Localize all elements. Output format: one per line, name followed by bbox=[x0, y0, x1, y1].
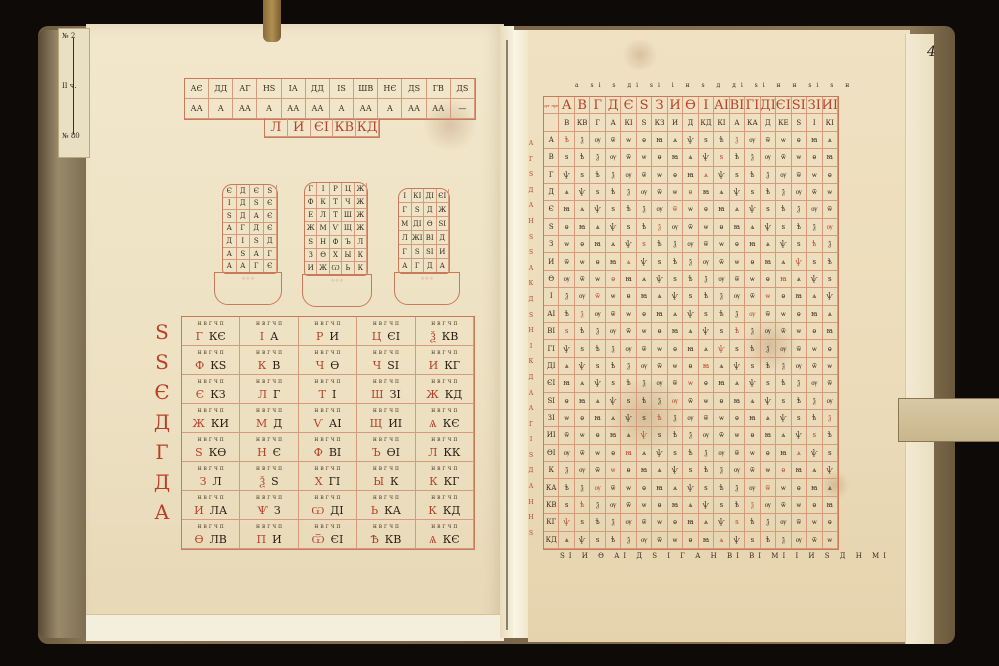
side-letter: А bbox=[150, 502, 174, 522]
lunar-cell: ѧ bbox=[807, 288, 822, 305]
hand-cell: Ѳ bbox=[424, 217, 437, 231]
cell-notes: н в г ч п bbox=[373, 494, 399, 501]
lunar-cell: ѿ bbox=[823, 375, 838, 392]
lunar-cell: ѯ bbox=[606, 340, 621, 357]
hand-cell: Р bbox=[330, 183, 342, 196]
lunar-cell: ѣ bbox=[559, 306, 574, 323]
row-label-cell: Д bbox=[544, 184, 559, 201]
top-table-cell: ШВ bbox=[354, 79, 378, 99]
hand-cell: Т bbox=[330, 196, 342, 209]
lunar-cell: ѱ bbox=[807, 271, 822, 288]
lunar-cell: ѹ bbox=[761, 149, 776, 166]
lunar-cell: ѳ bbox=[621, 462, 636, 479]
lunar-cell: ѣ bbox=[606, 184, 621, 201]
lunar-cell: ѧ bbox=[637, 271, 652, 288]
lunar-cell: ѳ bbox=[652, 497, 667, 514]
hand-cell: Д bbox=[424, 259, 437, 273]
top-table-cell: ДЅ bbox=[402, 79, 426, 99]
lunar-cell: ѡ bbox=[699, 219, 714, 236]
left-page-bottom-margin bbox=[86, 614, 504, 641]
lunar-cell: ѯ bbox=[792, 375, 807, 392]
lunar-cell: ѡ bbox=[621, 132, 636, 149]
lunar-cell: ѳ bbox=[637, 306, 652, 323]
cell-notes: н в г ч п bbox=[373, 378, 399, 385]
lunar-cell: ѳ bbox=[730, 410, 745, 427]
paschal-key-cell: н в г ч пФВІ bbox=[299, 433, 357, 462]
paschal-key-cell: н в г ч пЫК bbox=[357, 462, 415, 491]
lunar-cell: ѡ bbox=[807, 340, 822, 357]
lunar-cell: ѳ bbox=[792, 132, 807, 149]
lunar-cell: ѧ bbox=[714, 358, 729, 375]
top-table-cell: А bbox=[378, 99, 402, 119]
lunar-cell: ѣ bbox=[590, 167, 605, 184]
header-cell: Д bbox=[606, 97, 621, 114]
lunar-cell: ѿ bbox=[792, 167, 807, 184]
paschal-key-cell: н в г ч пКВ bbox=[240, 346, 298, 375]
row-label-cell: КГ bbox=[544, 514, 559, 531]
cell-key: ІА bbox=[260, 330, 279, 343]
hand-cell: ЖІ bbox=[412, 231, 425, 245]
cell-notes: н в г ч п bbox=[198, 465, 224, 472]
lunar-cell: ѣ bbox=[652, 410, 667, 427]
lunar-cell: ꙗ bbox=[683, 340, 698, 357]
lunar-cell: ꙗ bbox=[652, 132, 667, 149]
lunar-cell: ѡ bbox=[621, 479, 636, 496]
header-cell: Ѕ bbox=[637, 97, 652, 114]
margin-letter: Ѕ bbox=[524, 530, 538, 546]
cell-notes: н в г ч п bbox=[373, 320, 399, 327]
lunar-cell: ѹ bbox=[590, 132, 605, 149]
lunar-cell: ѣ bbox=[730, 323, 745, 340]
paschal-key-cell: н в г ч пѦКЄ bbox=[416, 520, 474, 549]
lunar-cell: ѧ bbox=[776, 253, 791, 270]
lunar-cell: ѕ bbox=[559, 323, 574, 340]
lunar-cell: ѧ bbox=[575, 201, 590, 218]
lunar-cell: ѹ bbox=[699, 427, 714, 444]
lunar-cell: ѱ bbox=[714, 514, 729, 531]
lunar-cell: ѣ bbox=[590, 340, 605, 357]
lunar-cell: ѣ bbox=[745, 340, 760, 357]
hand-cell: Ѕ bbox=[264, 185, 278, 198]
lunar-cell: ѣ bbox=[730, 149, 745, 166]
lunar-cell: ѱ bbox=[575, 358, 590, 375]
left-hand-diagram: ЄДЄЅІДЅЄЅДАЄАГДЄДІЅДАЅАГААГЄ bbox=[222, 184, 278, 274]
lunar-cell: ѡ bbox=[559, 236, 574, 253]
lunar-cell: ѱ bbox=[606, 219, 621, 236]
lunar-cell: ѱ bbox=[575, 184, 590, 201]
lunar-cell: ѿ bbox=[807, 184, 822, 201]
lunar-cell: ѕ bbox=[559, 149, 574, 166]
top-table-cell: АА bbox=[185, 99, 209, 119]
second-row-cell: КД bbox=[699, 114, 714, 131]
lunar-cell: ѳ bbox=[683, 358, 698, 375]
lunar-cell: ѕ bbox=[730, 167, 745, 184]
lunar-cell: ѱ bbox=[683, 132, 698, 149]
top-table-cell: А bbox=[330, 99, 354, 119]
lunar-cell: ѿ bbox=[730, 271, 745, 288]
hand-cell: Ц bbox=[342, 183, 354, 196]
lunar-cell: ѡ bbox=[559, 410, 574, 427]
lunar-cell: ѕ bbox=[823, 271, 838, 288]
lunar-cell: ꙗ bbox=[730, 219, 745, 236]
hand-cell: Ъ bbox=[342, 236, 354, 249]
lunar-cell: ѳ bbox=[761, 445, 776, 462]
cell-key: ХГІ bbox=[315, 475, 340, 488]
lunar-cell: ѧ bbox=[575, 375, 590, 392]
cell-key: ЫК bbox=[373, 475, 398, 488]
lunar-cell: ѳ bbox=[792, 479, 807, 496]
lunar-cell: ꙗ bbox=[699, 532, 714, 549]
lunar-cell: ꙗ bbox=[637, 462, 652, 479]
lunar-cell: ѳ bbox=[807, 497, 822, 514]
guard-top-label: № 2 bbox=[62, 32, 75, 40]
hand-cell: Ѕ bbox=[305, 236, 317, 249]
lunar-cell: ѹ bbox=[637, 532, 652, 549]
lunar-cell: ѳ bbox=[668, 167, 683, 184]
lunar-cell: ꙗ bbox=[714, 375, 729, 392]
lunar-cell: ѹ bbox=[699, 253, 714, 270]
lunar-cell: ѿ bbox=[637, 167, 652, 184]
cell-key: ѲЛВ bbox=[195, 533, 227, 546]
paschal-key-cell: н в г ч пѾЄІ bbox=[299, 520, 357, 549]
cell-key: ГКЄ bbox=[196, 330, 226, 343]
header-cell: ВІ bbox=[730, 97, 745, 114]
lunar-cell: ѯ bbox=[776, 358, 791, 375]
lunar-cell: ѧ bbox=[683, 323, 698, 340]
margin-letter: К bbox=[524, 280, 538, 296]
lunar-cell: ꙗ bbox=[745, 236, 760, 253]
lunar-cell: ѡ bbox=[776, 132, 791, 149]
lunar-cell: ꙗ bbox=[559, 201, 574, 218]
side-red-letters: ЅЅЄДГДА bbox=[150, 322, 174, 522]
lunar-cell: ѡ bbox=[823, 184, 838, 201]
paschal-key-table: н в г ч пГКЄн в г ч пІАн в г ч пРИн в г … bbox=[181, 316, 475, 550]
cell-notes: н в г ч п bbox=[256, 378, 282, 385]
lunar-cell: ѧ bbox=[683, 497, 698, 514]
lunar-cell: ѕ bbox=[575, 514, 590, 531]
top-table-cell: АА bbox=[282, 99, 306, 119]
lunar-cell: ѹ bbox=[792, 532, 807, 549]
lunar-cell: ѿ bbox=[559, 253, 574, 270]
lunar-cell: ѯ bbox=[621, 532, 636, 549]
lunar-cell: ѡ bbox=[761, 462, 776, 479]
lunar-cell: ѧ bbox=[637, 445, 652, 462]
row-label-cell: Г bbox=[544, 167, 559, 184]
lunar-cell: ѱ bbox=[776, 236, 791, 253]
lunar-cell: ѧ bbox=[776, 427, 791, 444]
row-label-cell: ЄІ bbox=[544, 375, 559, 392]
lunar-cell: ѧ bbox=[745, 219, 760, 236]
cell-notes: н в г ч п bbox=[314, 349, 340, 356]
lunar-cell: ѯ bbox=[776, 532, 791, 549]
hand-cell: КІ bbox=[412, 189, 425, 203]
lunar-cell: ѧ bbox=[714, 532, 729, 549]
lunar-cell: ꙗ bbox=[590, 236, 605, 253]
lunar-cell: ѕ bbox=[668, 445, 683, 462]
lunar-cell: ѣ bbox=[823, 253, 838, 270]
lunar-cell: ѡ bbox=[714, 236, 729, 253]
margin-letter: Ѕ bbox=[524, 171, 538, 187]
paschal-key-cell: н в г ч пЧѲ bbox=[299, 346, 357, 375]
lunar-cell: ѣ bbox=[575, 149, 590, 166]
lunar-cell: ѿ bbox=[730, 445, 745, 462]
cell-notes: н в г ч п bbox=[198, 349, 224, 356]
lunar-cell: ѡ bbox=[745, 445, 760, 462]
lunar-cell: ѕ bbox=[637, 236, 652, 253]
margin-letter: А bbox=[524, 483, 538, 499]
lunar-cell: ѳ bbox=[699, 375, 714, 392]
lunar-cell: ѿ bbox=[668, 201, 683, 218]
top-cycle-subtable: ЛИЄІКВКД bbox=[264, 118, 380, 138]
lunar-cell: ꙗ bbox=[792, 288, 807, 305]
lunar-cell: ѯ bbox=[776, 184, 791, 201]
cell-notes: н в г ч п bbox=[256, 523, 282, 530]
lunar-cell: ꙗ bbox=[652, 479, 667, 496]
margin-letter: Г bbox=[524, 156, 538, 172]
lunar-cell: ѱ bbox=[559, 167, 574, 184]
paschal-key-cell: н в г ч пЖКИ bbox=[182, 404, 240, 433]
row-label-cell: ВІ bbox=[544, 323, 559, 340]
row-label-cell: ДІ bbox=[544, 358, 559, 375]
lunar-cell: ꙗ bbox=[823, 497, 838, 514]
lunar-cell: ѳ bbox=[637, 479, 652, 496]
lunar-cell: ѕ bbox=[575, 340, 590, 357]
lunar-cell: ѳ bbox=[792, 306, 807, 323]
lunar-cell: ѯ bbox=[683, 427, 698, 444]
lunar-cell: ѣ bbox=[823, 427, 838, 444]
lunar-cell: ꙗ bbox=[761, 427, 776, 444]
lunar-cell: ѿ bbox=[606, 132, 621, 149]
cell-notes: н в г ч п bbox=[256, 349, 282, 356]
lunar-cell: ѡ bbox=[606, 288, 621, 305]
left-hand-cuff: ⁘⁘⁘ bbox=[214, 272, 282, 305]
header-cell: ЄІ bbox=[776, 97, 791, 114]
margin-letter: Д bbox=[524, 467, 538, 483]
lunar-cell: ѹ bbox=[823, 219, 838, 236]
lunar-cell: ѧ bbox=[621, 427, 636, 444]
lunar-cell: ѕ bbox=[714, 323, 729, 340]
hand-cell: Ф bbox=[330, 236, 342, 249]
lunar-cell: ѿ bbox=[637, 514, 652, 531]
lunar-cell: ѱ bbox=[699, 323, 714, 340]
lunar-cell: ѡ bbox=[823, 532, 838, 549]
second-row-cell: КВ bbox=[575, 114, 590, 131]
lunar-cell: ѧ bbox=[807, 462, 822, 479]
lunar-cell: ѹ bbox=[745, 306, 760, 323]
lunar-cell: ѿ bbox=[792, 514, 807, 531]
lunar-cell: ѳ bbox=[637, 132, 652, 149]
cell-key: ЖКИ bbox=[192, 417, 228, 430]
lunar-cell: ѧ bbox=[699, 340, 714, 357]
lunar-cell: ѱ bbox=[668, 288, 683, 305]
lunar-cell: ѱ bbox=[637, 427, 652, 444]
hand-cell: Щ bbox=[342, 222, 354, 235]
lunar-cell: ѱ bbox=[575, 532, 590, 549]
lunar-cell: ѱ bbox=[699, 149, 714, 166]
cell-key: ЖКД bbox=[426, 388, 462, 401]
header-cell: ЗІ bbox=[807, 97, 822, 114]
cell-notes: н в г ч п bbox=[314, 494, 340, 501]
lunar-cell: ѱ bbox=[668, 462, 683, 479]
lunar-cell: ѧ bbox=[590, 219, 605, 236]
hand-cell: А bbox=[437, 259, 450, 273]
lunar-cell: ѳ bbox=[575, 236, 590, 253]
lunar-cell: ѡ bbox=[792, 323, 807, 340]
lunar-cell: ѹ bbox=[714, 445, 729, 462]
side-letter: Г bbox=[150, 442, 174, 462]
lunar-cell: ѕ bbox=[714, 149, 729, 166]
top-table-cell: ДЅ bbox=[451, 79, 475, 99]
hand-cell: Г bbox=[264, 248, 278, 261]
header-cell: АІ bbox=[714, 97, 729, 114]
top-table-cell: ІА bbox=[282, 79, 306, 99]
lunar-cell: ѡ bbox=[668, 358, 683, 375]
cell-notes: н в г ч п bbox=[431, 349, 457, 356]
second-row-cell: КІ bbox=[714, 114, 729, 131]
cell-key: МД bbox=[256, 417, 282, 430]
cell-key: РИ bbox=[316, 330, 339, 343]
lunar-cell: ꙗ bbox=[668, 323, 683, 340]
header-cell: Ѳ bbox=[683, 97, 698, 114]
hand-cell: Е bbox=[305, 209, 317, 222]
paschal-key-cell: н в г ч пФКЅ bbox=[182, 346, 240, 375]
lunar-cell: ѡ bbox=[792, 149, 807, 166]
lunar-cell: ꙗ bbox=[621, 445, 636, 462]
top-table-cell: АГ bbox=[233, 79, 257, 99]
second-row-cell: КЕ bbox=[776, 114, 791, 131]
lunar-cell: ѕ bbox=[637, 410, 652, 427]
lunar-cell: ѯ bbox=[683, 253, 698, 270]
lunar-cell: ѱ bbox=[776, 410, 791, 427]
cell-key: ФКЅ bbox=[195, 359, 226, 372]
margin-letter: Н bbox=[524, 499, 538, 515]
lunar-cell: ѧ bbox=[730, 201, 745, 218]
hand-cell: І bbox=[399, 189, 412, 203]
row-label-cell: КД bbox=[544, 532, 559, 549]
hand-cell: Д bbox=[237, 210, 251, 223]
margin-letter: А bbox=[524, 265, 538, 281]
lunar-cell: ѱ bbox=[730, 532, 745, 549]
paschal-key-cell: н в г ч пЄКЗ bbox=[182, 375, 240, 404]
top-subtable-cell: КД bbox=[356, 118, 379, 137]
cell-key: ѦКЄ bbox=[429, 533, 460, 546]
lunar-cell: ѕ bbox=[652, 253, 667, 270]
paschal-key-cell: н в г ч пѠДІ bbox=[299, 491, 357, 520]
hand-cell: Ѳ bbox=[317, 249, 329, 262]
second-row-cell: Ѕ bbox=[637, 114, 652, 131]
cell-notes: н в г ч п bbox=[198, 320, 224, 327]
lunar-cell: ѳ bbox=[683, 532, 698, 549]
margin-letter: Г bbox=[524, 421, 538, 437]
lunar-cell: ѯ bbox=[807, 393, 822, 410]
hand-cell: Д bbox=[264, 235, 278, 248]
lunar-cell: ѡ bbox=[714, 410, 729, 427]
top-table-cell: А bbox=[209, 99, 233, 119]
lunar-cell: ѧ bbox=[823, 306, 838, 323]
lunar-cell: ꙗ bbox=[730, 393, 745, 410]
hand-cell: Д bbox=[250, 223, 264, 236]
lunar-cell: ѿ bbox=[761, 132, 776, 149]
lunar-cell: ѕ bbox=[621, 219, 636, 236]
paschal-key-cell: н в г ч пѢКВ bbox=[357, 520, 415, 549]
lunar-cell: ѯ bbox=[745, 323, 760, 340]
cell-key: ЄКЗ bbox=[196, 388, 226, 401]
lunar-cell: ѣ bbox=[637, 219, 652, 236]
lunar-cell: ѹ bbox=[807, 375, 822, 392]
lunar-cell: ѯ bbox=[668, 410, 683, 427]
lunar-cell: ѿ bbox=[807, 532, 822, 549]
row-label-cell: ИІ bbox=[544, 427, 559, 444]
lunar-cell: ѣ bbox=[683, 445, 698, 462]
lunar-cell: ѕ bbox=[807, 253, 822, 270]
lunar-cell: ꙗ bbox=[668, 149, 683, 166]
lunar-cell: ѳ bbox=[606, 445, 621, 462]
lunar-cell: ѳ bbox=[668, 340, 683, 357]
margin-letter: Д bbox=[524, 187, 538, 203]
lunar-cell: ѯ bbox=[823, 236, 838, 253]
lunar-cell: ѳ bbox=[652, 149, 667, 166]
lunar-cell: ꙗ bbox=[652, 306, 667, 323]
lunar-cell: ѡ bbox=[776, 479, 791, 496]
top-table-cell: АА bbox=[402, 99, 426, 119]
lunar-cell: ѹ bbox=[606, 323, 621, 340]
top-table-cell: АЄ bbox=[185, 79, 209, 99]
lunar-cell: ѡ bbox=[637, 323, 652, 340]
lunar-cell: ѳ bbox=[745, 253, 760, 270]
lunar-cell: ѿ bbox=[668, 375, 683, 392]
cell-notes: н в г ч п bbox=[373, 349, 399, 356]
cell-notes: н в г ч п bbox=[373, 407, 399, 414]
margin-letter: Ѕ bbox=[524, 452, 538, 468]
header-cell: З bbox=[652, 97, 667, 114]
lunar-cell: ѿ bbox=[621, 149, 636, 166]
cell-key: ЛКК bbox=[428, 446, 460, 459]
lunar-cell: ѹ bbox=[792, 184, 807, 201]
stain bbox=[620, 40, 660, 70]
hand-cell: ЄІ bbox=[437, 189, 450, 203]
lunar-cell: ѣ bbox=[575, 497, 590, 514]
lunar-cell: ѯ bbox=[621, 184, 636, 201]
right-table-bottom-notes: ЅІ И Ѳ АІ Д Ѕ І Г А Н ВІ ВІ МІ І И Ѕ Д Н… bbox=[560, 552, 890, 560]
lunar-cell: ѿ bbox=[745, 288, 760, 305]
lunar-cell: ꙗ bbox=[807, 306, 822, 323]
header-label-cell: круг луны bbox=[544, 97, 559, 114]
cell-key: НЄ bbox=[257, 446, 281, 459]
lunar-cell: ѳ bbox=[761, 271, 776, 288]
lunar-cell: ѱ bbox=[683, 306, 698, 323]
lunar-cell: ѿ bbox=[683, 219, 698, 236]
lunar-cell: ѹ bbox=[823, 393, 838, 410]
lunar-cell: ѹ bbox=[761, 497, 776, 514]
lunar-cell: ѧ bbox=[823, 132, 838, 149]
lunar-cell: ꙗ bbox=[792, 462, 807, 479]
cell-key: ККГ bbox=[429, 475, 459, 488]
lunar-cell: ѣ bbox=[606, 358, 621, 375]
lunar-cell: ѧ bbox=[652, 288, 667, 305]
lunar-cell: ѧ bbox=[730, 375, 745, 392]
lunar-cell: ꙗ bbox=[668, 497, 683, 514]
paschal-key-cell: н в г ч пККГ bbox=[416, 462, 474, 491]
lunar-cell: ѕ bbox=[699, 479, 714, 496]
lunar-cell: ѯ bbox=[559, 462, 574, 479]
lunar-cell: ѳ bbox=[823, 340, 838, 357]
lunar-cell: ѧ bbox=[606, 236, 621, 253]
lunar-cell: ѡ bbox=[575, 427, 590, 444]
lunar-cell: ѹ bbox=[606, 497, 621, 514]
hand-cell: Д bbox=[437, 231, 450, 245]
cell-key: ЦЄІ bbox=[372, 330, 400, 343]
lunar-cell: ѡ bbox=[637, 497, 652, 514]
